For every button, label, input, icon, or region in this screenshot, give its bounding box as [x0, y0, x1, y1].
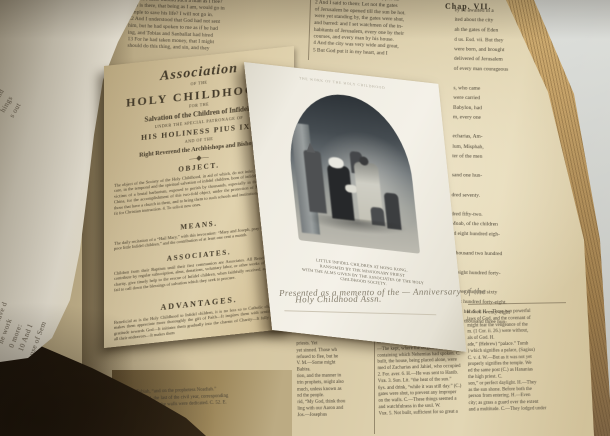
handwritten-inscription-line2: Holy Childhood Assn. — [295, 294, 382, 305]
engraving-vignette — [283, 88, 420, 254]
photo-open-book: Chap. VII. 11 And I said: Should such a … — [0, 0, 610, 436]
footnote-column-right: H. S. 4. H.—These two powerful laws of G… — [467, 307, 597, 436]
inscription-rule — [284, 310, 436, 315]
footnote-column-mid: CHAP. VII. Vᴇʀ. 2. —The kept, where the … — [377, 337, 472, 436]
engraving-plate-title: THE WORK OF THE HOLY CHILDHOOD — [298, 76, 386, 90]
footnote-column-fragments: priests. Yet yet sinned. Those wh refuse… — [296, 339, 374, 436]
engraving-card: THE WORK OF THE HOLY CHILDHOOD LITTLE IN… — [244, 62, 466, 352]
